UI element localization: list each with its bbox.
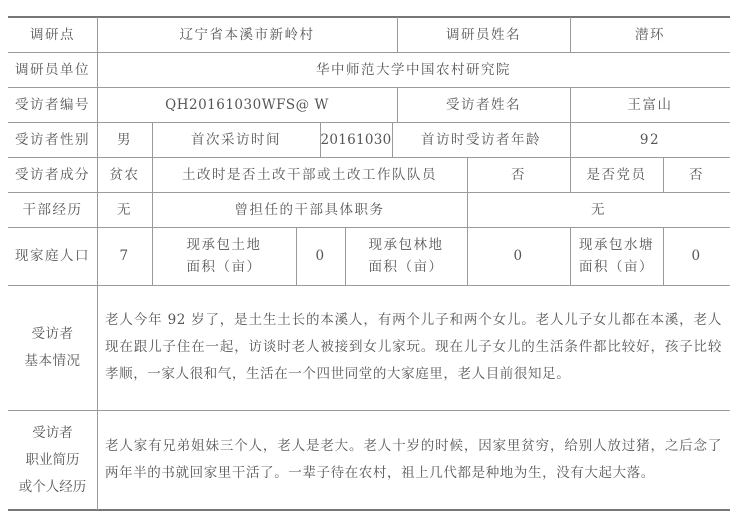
- value-researcher-name: 潜环: [570, 17, 730, 52]
- value-contracted-forest-area: 0: [467, 227, 570, 285]
- label-land-reform-cadre: 土改时是否土改干部或土改工作队队员: [152, 157, 467, 192]
- value-interviewee-id: QH20161030WFS@ W: [97, 87, 397, 122]
- label-researcher-unit: 调研员单位: [8, 52, 97, 87]
- label-survey-point: 调研点: [8, 17, 97, 52]
- label-line: 职业简历: [26, 447, 80, 474]
- label-cadre-positions: 曾担任的干部具体职务: [152, 192, 467, 227]
- label-line: 现承包土地: [187, 234, 262, 256]
- value-first-interview-date: 20161030: [320, 122, 392, 157]
- value-land-reform-cadre: 否: [467, 157, 570, 192]
- label-researcher-name: 调研员姓名: [397, 17, 570, 52]
- value-class-status: 贫农: [97, 157, 152, 192]
- value-contracted-land-area: 0: [296, 227, 345, 285]
- value-cadre-experience: 无: [97, 192, 152, 227]
- label-age-at-first-interview: 首访时受访者年龄: [392, 122, 570, 157]
- label-line: 面积（亩）: [369, 256, 444, 278]
- label-line: 现承包林地: [369, 234, 444, 256]
- label-line: 面积（亩）: [579, 256, 654, 278]
- label-line: 现承包水塘: [579, 234, 654, 256]
- label-line: 受访者: [32, 321, 74, 348]
- label-first-interview-date: 首次采访时间: [152, 122, 320, 157]
- label-contracted-pond-area: 现承包水塘 面积（亩）: [570, 227, 663, 285]
- label-gender: 受访者性别: [8, 122, 97, 157]
- label-household-size: 现家庭人口: [8, 227, 97, 285]
- label-interviewee-id: 受访者编号: [8, 87, 97, 122]
- value-age: 92: [570, 122, 730, 157]
- value-party-member: 否: [663, 157, 730, 192]
- value-cadre-positions: 无: [467, 192, 730, 227]
- label-interviewee-name: 受访者姓名: [397, 87, 570, 122]
- value-gender: 男: [97, 122, 152, 157]
- label-line: 受访者: [32, 420, 73, 447]
- label-line: 基本情况: [25, 348, 81, 375]
- label-contracted-land-area: 现承包土地 面积（亩）: [152, 227, 296, 285]
- career-history-text: 老人家有兄弟姐妹三个人，老人是老大。老人十岁的时候，因家里贫穷，给别人放过猪，之…: [97, 410, 730, 510]
- value-survey-point: 辽宁省本溪市新岭村: [97, 17, 397, 52]
- label-line: 面积（亩）: [187, 256, 262, 278]
- value-interviewee-name: 王富山: [570, 87, 730, 122]
- label-basic-info: 受访者 基本情况: [8, 285, 97, 410]
- label-class-status: 受访者成分: [8, 157, 97, 192]
- label-party-member: 是否党员: [570, 157, 663, 192]
- label-line: 或个人经历: [19, 474, 87, 501]
- value-household-size: 7: [97, 227, 152, 285]
- value-researcher-unit: 华中师范大学中国农村研究院: [97, 52, 730, 87]
- value-contracted-pond-area: 0: [663, 227, 730, 285]
- label-career-history: 受访者 职业简历 或个人经历: [8, 410, 97, 510]
- label-cadre-experience: 干部经历: [8, 192, 97, 227]
- basic-info-text: 老人今年 92 岁了，是土生土长的本溪人，有两个儿子和两个女儿。老人儿子女儿都在…: [97, 285, 730, 410]
- label-contracted-forest-area: 现承包林地 面积（亩）: [345, 227, 467, 285]
